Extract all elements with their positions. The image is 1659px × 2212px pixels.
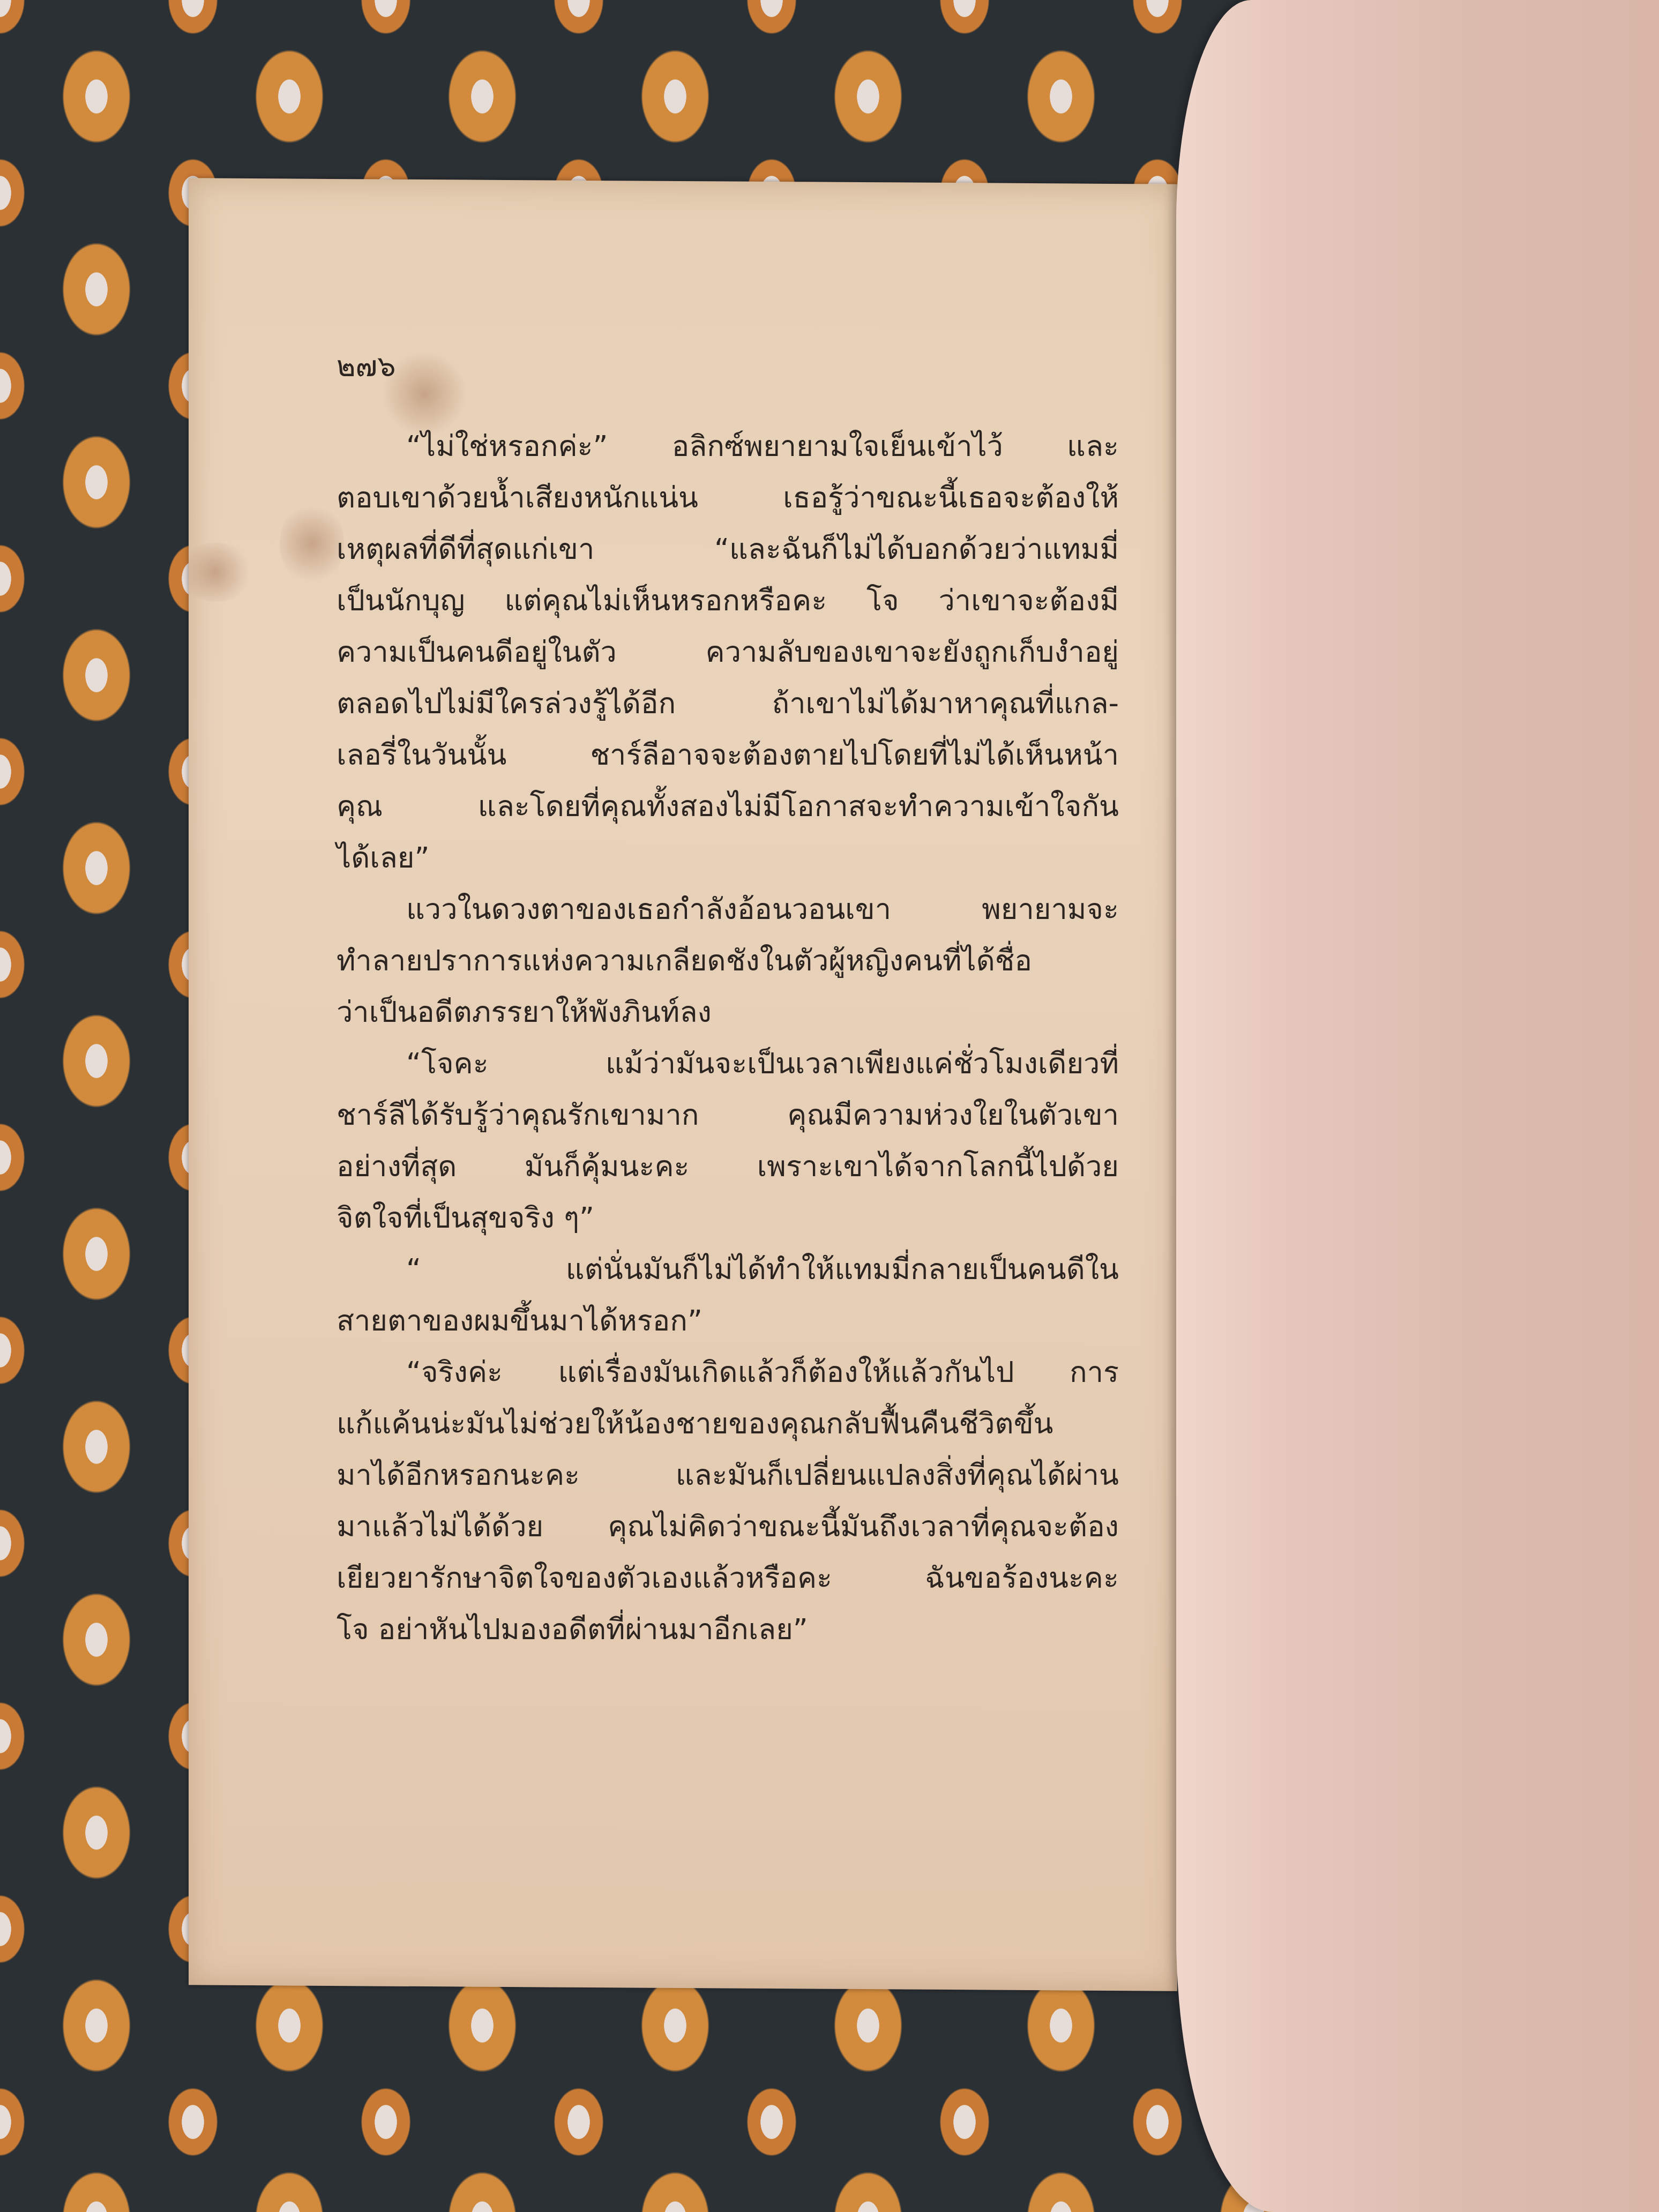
text-line: เลอรี่ในวันนั้น ชาร์ลีอาจจะต้องตายไปโดยท…: [337, 729, 1119, 781]
text-line: เป็นนักบุญ แต่คุณไม่เห็นหรอกหรือคะ โจ ว่…: [337, 575, 1119, 626]
text-line: อย่างที่สุด มันก็คุ้มนะคะ เพราะเขาได้จาก…: [337, 1141, 1119, 1192]
text-line: โจ อย่าหันไปมองอดีตที่ผ่านมาอีกเลย”: [337, 1604, 1119, 1655]
book-page-right-blank: [1176, 0, 1659, 2212]
text-line: สายตาของผมขึ้นมาได้หรอก”: [337, 1295, 1119, 1347]
text-line: เหตุผลที่ดีที่สุดแก่เขา “และฉันก็ไม่ได้บ…: [337, 524, 1119, 575]
text-line: ชาร์ลีได้รับรู้ว่าคุณรักเขามาก คุณมีความ…: [337, 1089, 1119, 1141]
text-line: “ แต่นั่นมันก็ไม่ได้ทำให้แทมมี่กลายเป็นค…: [337, 1244, 1119, 1295]
text-line: “จริงค่ะ แต่เรื่องมันเกิดแล้วก็ต้องให้แล…: [337, 1347, 1119, 1398]
page-number: ๒๗๖: [337, 343, 395, 389]
text-line: ได้เลย”: [337, 832, 1119, 884]
text-line: ว่าเป็นอดีตภรรยาให้พังภินท์ลง: [337, 987, 1119, 1038]
text-line: “ไม่ใช่หรอกค่ะ” อลิกซ์พยายามใจเย็นเข้าไว…: [337, 421, 1119, 472]
text-line: ตอบเขาด้วยน้ำเสียงหนักแน่น เธอรู้ว่าขณะน…: [337, 472, 1119, 524]
text-line: เยียวยารักษาจิตใจของตัวเองแล้วหรือคะ ฉัน…: [337, 1552, 1119, 1604]
text-line: ทำลายปราการแห่งความเกลียดชังในตัวผู้หญิง…: [337, 935, 1119, 987]
paper-stain: [178, 542, 253, 602]
text-line: คุณ และโดยที่คุณทั้งสองไม่มีโอกาสจะทำควา…: [337, 781, 1119, 832]
text-line: ตลอดไปไม่มีใครล่วงรู้ได้อีก ถ้าเขาไม่ได้…: [337, 678, 1119, 729]
text-line: จิตใจที่เป็นสุขจริง ๆ”: [337, 1192, 1119, 1244]
text-line: ความเป็นคนดีอยู่ในตัว ความลับของเขาจะยัง…: [337, 626, 1119, 678]
text-line: “โจคะ แม้ว่ามันจะเป็นเวลาเพียงแค่ชั่วโมง…: [337, 1038, 1119, 1089]
text-line: มาแล้วไม่ได้ด้วย คุณไม่คิดว่าขณะนี้มันถึ…: [337, 1501, 1119, 1552]
text-line: แววในดวงตาของเธอกำลังอ้อนวอนเขา พยายามจะ: [337, 884, 1119, 935]
paper-stain: [280, 500, 344, 586]
body-text: “ไม่ใช่หรอกค่ะ” อลิกซ์พยายามใจเย็นเข้าไว…: [337, 421, 1119, 1655]
text-line: มาได้อีกหรอกนะคะ และมันก็เปลี่ยนแปลงสิ่ง…: [337, 1449, 1119, 1501]
text-line: แก้แค้นน่ะมันไม่ช่วยให้น้องชายของคุณกลับ…: [337, 1398, 1119, 1449]
